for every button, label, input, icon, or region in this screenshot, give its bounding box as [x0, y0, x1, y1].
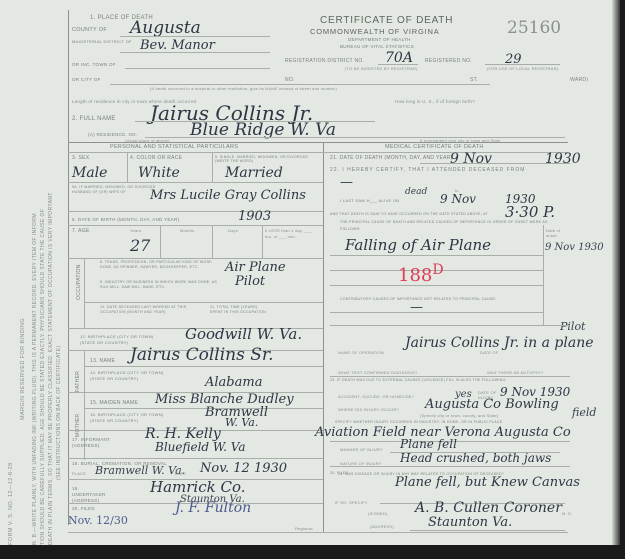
- trade-label: 8. TRADE, PROFESSION, OR PARTICULAR KIND…: [100, 260, 225, 270]
- margin-instructions-3: DEATH IN PLAIN TERMS, SO THAT IT MAY BE …: [48, 191, 54, 545]
- undertaker-label: 19. UNDERTAKER (ADDRESS): [72, 486, 112, 504]
- date-of-death-label: 21. DATE OF DEATH (month, day, and year): [330, 155, 453, 161]
- district-value: Bev. Manor: [140, 38, 215, 53]
- father-name-label: 13. NAME: [90, 358, 115, 364]
- birthplace-value: Goodwill W. Va.: [185, 325, 302, 343]
- nature-value: Head crushed, both jaws: [400, 451, 551, 465]
- total-time-label: 11. TOTAL TIME (YEARS) SPENT IN THIS OCC…: [210, 305, 270, 315]
- form-number: Form V. S. No. 12—12-8-28: [8, 462, 14, 545]
- address-label: (ADDRESS): [370, 524, 394, 529]
- cause-code-stamp: 188D: [398, 262, 444, 286]
- marital-value: Married: [225, 165, 283, 181]
- operation-value: Jairus Collins Jr. in a plane: [405, 335, 594, 351]
- residence-label: (A) RESIDENCE. NO.: [88, 132, 137, 137]
- address-value: Staunton Va.: [428, 515, 512, 530]
- contributory-label: CONTRIBUTORY CAUSES OF IMPORTANCE NOT RE…: [340, 297, 520, 302]
- registration-district-note: (TO BE INSERTED BY REGISTRAR): [345, 66, 417, 71]
- occupation-related-value: Plane fell, but Knew Canvas: [395, 475, 580, 490]
- burial-date-label: DATE: [175, 471, 186, 476]
- last-worked-label: 10. DATE DECEASED LAST WORKED AT THIS OC…: [100, 305, 200, 315]
- father-birthplace-label: 14. BIRTHPLACE (city or town) (State or …: [90, 370, 180, 382]
- where-injury-label: WHERE DID INJURY OCCUR?: [338, 407, 399, 412]
- certificate-number: 25160: [507, 18, 561, 38]
- age-years-value: 27: [130, 236, 150, 255]
- county-value: Augusta: [130, 18, 201, 38]
- father-birthplace-value: Alabama: [205, 375, 262, 390]
- onset-date-value: 9 Nov 1930: [545, 242, 604, 253]
- pilot-note: Pilot: [560, 320, 585, 333]
- st-label: ST.: [470, 77, 478, 83]
- dob-value: 1903: [238, 209, 271, 224]
- signed-value: A. B. Cullen Coroner: [415, 500, 562, 516]
- margin-instructions-1: N. B.—WRITE PLAINLY, WITH UNFADING INK (…: [32, 213, 38, 545]
- district-label: MAGISTERIAL DISTRICT OF: [72, 39, 132, 44]
- certificate-title: CERTIFICATE OF DEATH: [320, 15, 453, 26]
- registrar-signature: J. F. Fulton: [175, 500, 251, 516]
- external-causes-label: 23. IF DEATH WAS DUE TO EXTERNAL CAUSES …: [330, 378, 570, 383]
- operation-label: NAME OF OPERATION: [338, 350, 384, 355]
- bureau-label: BUREAU OF VITAL STATISTICS: [340, 44, 414, 49]
- no-label: No.: [285, 77, 295, 83]
- trade-value: Air Plane: [225, 260, 286, 275]
- last-saw-note: dead: [405, 187, 427, 197]
- date-of-onset-label: Date of onset: [546, 228, 571, 238]
- signed-suffix: M. D.: [562, 511, 573, 516]
- cause-code-suffix: D: [432, 262, 443, 278]
- personal-section-header: PERSONAL AND STATISTICAL PARTICULARS: [110, 144, 238, 150]
- margin-instructions-4: (SEE INSTRUCTIONS ON BACK OF CERTIFICATE…: [56, 345, 62, 480]
- informant-label: 17. INFORMANT (ADDRESS): [72, 437, 112, 449]
- age-label: 7. AGE: [72, 228, 90, 234]
- margin-reserved-label: MARGIN RESERVED FOR BINDING: [20, 318, 26, 420]
- burial-place-label: PLACE: [72, 471, 86, 476]
- date-of-death-year: 1930: [545, 151, 581, 167]
- us-length-label: How long in U. S., if of foreign birth?: [395, 99, 475, 104]
- burial-place-value: Bramwell W. Va.: [95, 464, 185, 477]
- city-label: OR CITY OF: [72, 77, 101, 82]
- filed-label: 20. FILED: [72, 506, 95, 511]
- sex-value: Male: [72, 165, 107, 181]
- death-certificate: Form V. S. No. 12—12-8-28 MARGIN RESERVE…: [0, 0, 620, 545]
- father-side-label: FATHER: [75, 371, 81, 392]
- mother-side-label: MOTHER: [75, 414, 81, 437]
- registered-no-note: (FOR USE OF LOCAL REGISTRAR): [487, 66, 558, 71]
- form-left-border: [68, 10, 69, 525]
- signed-label: (SIGNED): [368, 511, 388, 516]
- field-note: field: [572, 406, 596, 419]
- registrar-label: Registrar: [295, 526, 313, 531]
- spouse-value: Mrs Lucile Gray Collins: [150, 188, 306, 203]
- race-label: 4. COLOR OR RACE: [130, 155, 182, 161]
- principal-cause-value: Falling of Air Plane: [345, 236, 491, 254]
- race-value: White: [138, 165, 180, 181]
- mother-birthplace-label: 16. BIRTHPLACE (city or town) (State or …: [90, 412, 180, 424]
- father-name-value: Jairus Collins Sr.: [130, 345, 274, 365]
- specify-place-label: SPECIFY WHETHER INJURY OCCURRED IN INDUS…: [335, 420, 502, 424]
- certificate-subtitle: COMMONWEALTH OF VIRGINA: [310, 27, 440, 36]
- date-of-death-value: 9 Nov: [450, 151, 492, 167]
- certify-label: 22. I HEREBY CERTIFY, that I attended de…: [330, 167, 525, 173]
- days-label: Days: [228, 228, 238, 233]
- registered-no-label: REGISTERED NO.: [425, 58, 472, 64]
- mother-maiden-label: 15. MAIDEN NAME: [90, 400, 138, 406]
- accident-label: ACCIDENT, SUICIDE, OR HOMICIDE?: [338, 394, 414, 399]
- mother-birthplace-state: W. Va.: [225, 416, 258, 429]
- autopsy-label: WAS THERE AN AUTOPSY?: [487, 370, 543, 375]
- burial-date-value: Nov. 12 1930: [200, 461, 287, 476]
- industry-label: 9. INDUSTRY OR BUSINESS IN WHICH WORK WA…: [100, 280, 225, 290]
- manner-value: Plane fell: [400, 437, 457, 451]
- dob-label: 6. DATE OF BIRTH (month, day, and year): [72, 217, 179, 222]
- where-injury-value: Augusta Co Bowling: [425, 397, 559, 412]
- full-name-label: 2. FULL NAME: [72, 116, 116, 122]
- marital-label: 5. SINGLE, MARRIED, WIDOWED, OR DIVORCED…: [215, 155, 320, 163]
- ward-label: WARD): [570, 77, 588, 83]
- manner-label: MANNER OF INJURY: [340, 447, 383, 452]
- filed-date: Nov. 12/30: [68, 514, 128, 527]
- medical-section-header: MEDICAL CERTIFICATE OF DEATH: [385, 144, 484, 150]
- department-label: DEPARTMENT OF HEALTH: [348, 37, 411, 42]
- town-label: OR INC. TOWN OF: [72, 62, 116, 67]
- informant-address: Bluefield W. Va: [155, 440, 246, 454]
- occupation-side-label: OCCUPATION: [76, 264, 82, 300]
- sex-label: 3. SEX: [72, 155, 89, 161]
- where-injury-note: (Specify city or town, county, and State…: [420, 413, 498, 418]
- hospital-note: (If death occurred in a hospital or othe…: [150, 86, 337, 91]
- principal-cause-label: THE PRINCIPAL CAUSE OF DEATH AND RELATED…: [340, 219, 565, 233]
- diagnosis-label: WHAT TEST CONFIRMED DIAGNOSIS?: [338, 370, 418, 375]
- date-of-label: DATE OF: [480, 350, 498, 355]
- less-than-label: If LESS than 1 day, ___ hrs. or ___ min.: [265, 228, 320, 240]
- years-label: Years: [130, 228, 141, 233]
- registration-district-label: REGISTRATION DISTRICT NO.: [285, 58, 364, 64]
- industry-value: Pilot: [235, 274, 265, 289]
- county-label: COUNTY OF: [72, 27, 107, 33]
- months-label: Months: [180, 228, 194, 233]
- margin-instructions-2: TION SHOULD BE CAREFULLY SUPPLIED. AGE S…: [40, 209, 46, 545]
- death-occurred-label: AND THAT DEATH IS SAID TO HAVE OCCURRED …: [330, 212, 488, 216]
- column-divider: [323, 142, 324, 532]
- if-so-label: IF SO, SPECIFY: [335, 500, 368, 505]
- last-saw-date: 9 Nov: [440, 192, 476, 206]
- attended-from-value: —: [340, 175, 353, 190]
- last-saw-label: I LAST SAW h___ ALIVE ON: [340, 198, 399, 203]
